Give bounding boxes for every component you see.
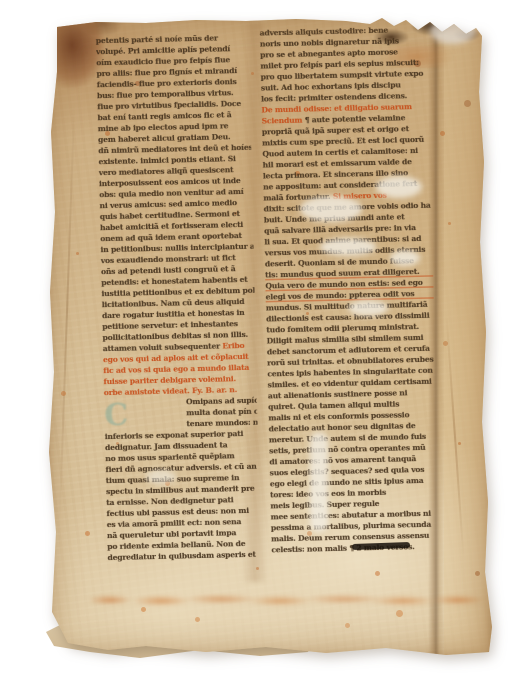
- rust-speckles: [46, 12, 49, 15]
- parchment-leaf-wrapper: petentis parté si noíe mũs dervolupé. Pr…: [0, 0, 510, 694]
- abrasion-patch: [310, 432, 328, 532]
- abrasion-patch: [300, 196, 362, 222]
- text-column-right: adversis aliquis custodire: benenoris un…: [260, 24, 440, 556]
- illuminated-initial: C: [100, 397, 133, 438]
- manuscript-photo: petentis parté si noíe mũs dervolupé. Pr…: [0, 0, 510, 694]
- abrasion-patch: [390, 250, 420, 266]
- text-line: degrediatur in quibusdam asperis et: [107, 549, 260, 563]
- abrasion-patch: [376, 176, 422, 198]
- abrasion-patch: [146, 470, 176, 484]
- text-column-left: petentis parté si noíe mũs dervolupé. Pr…: [96, 32, 261, 563]
- abrasion-patch: [430, 18, 476, 44]
- abrasion-patch: [348, 300, 388, 316]
- abrasion-patch: [320, 238, 376, 256]
- parchment-leaf: petentis parté si noíe mũs dervolupé. Pr…: [46, 12, 492, 658]
- text-block: petentis parté si noíe mũs dervolupé. Pr…: [39, 7, 500, 663]
